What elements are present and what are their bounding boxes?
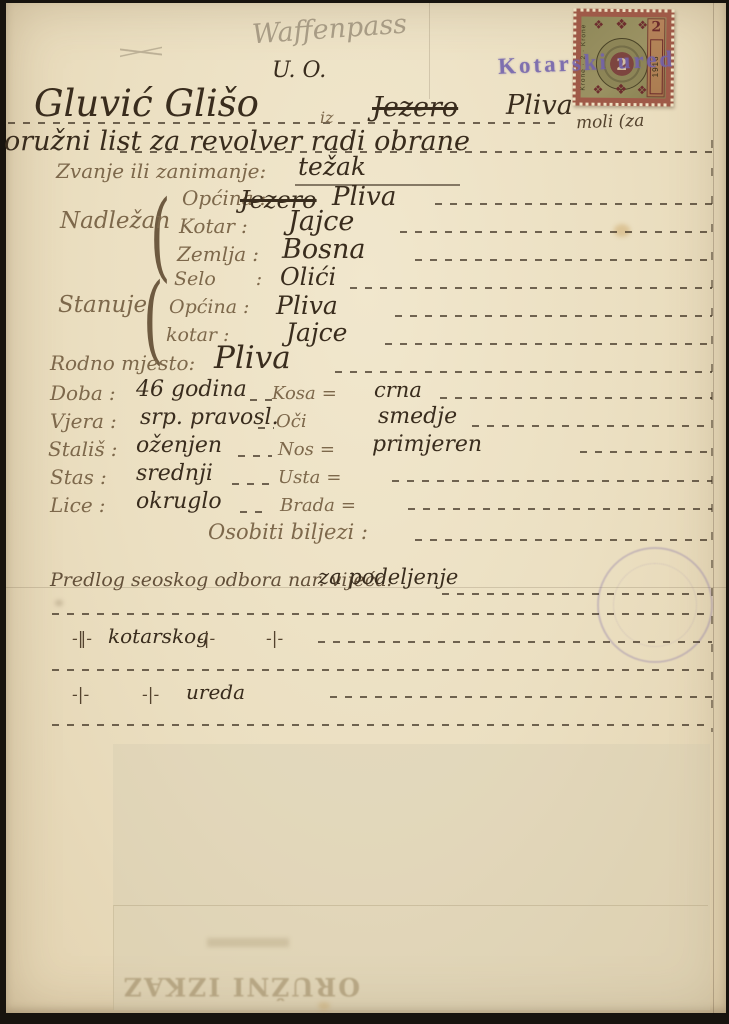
- rule-line: [442, 593, 712, 595]
- rule-line: [435, 203, 712, 205]
- rule-line: [415, 539, 712, 541]
- rule-line: [238, 455, 272, 457]
- field-value: Olići: [280, 263, 336, 291]
- stamp-ornament-icon: ❖: [637, 84, 648, 96]
- field-label: Lice:: [50, 493, 105, 517]
- ditto-mark: -|-: [198, 629, 215, 649]
- occupation-value: težak: [298, 152, 366, 181]
- stamp-ornament-icon: ❖: [593, 19, 604, 31]
- field-label: Stas:: [50, 465, 107, 489]
- rule-line: [335, 371, 712, 373]
- rule-line: [472, 425, 712, 427]
- field-value: Jajce: [288, 206, 354, 237]
- rule-line: [580, 451, 712, 453]
- field-label: Vjera:: [50, 409, 117, 433]
- field-label: Stališ:: [48, 437, 117, 461]
- paper-stain: [55, 600, 63, 606]
- ditto-mark: -|-: [72, 685, 89, 705]
- annotation-uo: U. O.: [272, 58, 326, 83]
- request-line: oružni list za revolver radi obrane: [4, 126, 470, 157]
- field-value: oženjen: [136, 433, 222, 458]
- preposition-iz: iz: [320, 108, 334, 127]
- rule-line: [350, 287, 712, 289]
- rule-line: [400, 231, 712, 233]
- rule-line: [330, 696, 712, 698]
- field-value: Jajce: [286, 318, 347, 347]
- field-label: Zemlja:: [177, 242, 259, 266]
- fold-crease-right: [713, 3, 714, 1013]
- field-label: Kosa=: [272, 383, 337, 404]
- rule-line: [395, 315, 712, 317]
- field-value: crna: [374, 378, 422, 402]
- field-value: primjeren: [372, 432, 482, 457]
- field-label: Usta=: [278, 467, 341, 488]
- rule-line: [415, 259, 712, 261]
- field-label: Doba:: [50, 381, 116, 405]
- field-label: Selo:: [174, 268, 262, 290]
- ditto-mark: -‖-: [72, 629, 92, 649]
- field-value: Pliva: [276, 291, 338, 320]
- rule-line: [52, 613, 712, 615]
- margin-tick-column: [711, 140, 713, 732]
- rule-line: [250, 399, 272, 401]
- round-office-stamp: [597, 547, 713, 663]
- ditto-mark: -|-: [266, 629, 283, 649]
- field-value: srednji: [136, 461, 213, 486]
- proposal-row2-word: kotarskog: [108, 624, 209, 648]
- occupation-label: Zvanje ili zanimanje:: [56, 159, 266, 183]
- proposal-row1-value: za podeljenje: [318, 565, 458, 589]
- birthplace-value: Pliva: [214, 340, 291, 376]
- place-name: Pliva: [506, 90, 573, 121]
- request-note: moli (za: [576, 111, 645, 133]
- rule-line: [408, 508, 712, 510]
- scanned-document: ORUŽNI IZKAZ Waffenpass Krone · 2 · Kron…: [0, 0, 729, 1024]
- field-label: Oči: [276, 411, 313, 432]
- fold-crease-top: [429, 3, 430, 99]
- applicant-name: Gluvić Glišo: [34, 82, 259, 125]
- bleedthrough-small-text: [207, 938, 289, 947]
- field-label: Nos=: [278, 439, 335, 460]
- field-value: okruglo: [136, 489, 222, 514]
- stamp-ornament-icon: ❖: [615, 18, 628, 32]
- place-crossed: Jezero: [372, 92, 458, 123]
- proposal-row3-word: ureda: [186, 680, 245, 704]
- stamp-ornament-icon: ❖: [593, 84, 604, 96]
- rule-line: [240, 511, 270, 513]
- field-value: smedje: [378, 404, 457, 429]
- field-label: Kotar:: [179, 214, 248, 238]
- group-label-stanuje: Stanuje: [58, 292, 147, 318]
- field-value: 46 godina: [136, 377, 247, 402]
- rule-line: [52, 724, 712, 726]
- bleedthrough-title: ORUŽNI IZKAZ: [150, 972, 360, 1001]
- ditto-mark: -|-: [142, 685, 159, 705]
- rule-line: [392, 480, 712, 482]
- birthplace-label: Rodno mjesto:: [50, 351, 195, 375]
- pencil-scribble: [120, 44, 162, 60]
- field-value: Bosna: [282, 234, 365, 265]
- stamp-ornament-icon: ❖: [637, 19, 648, 31]
- rule-line: [385, 343, 712, 345]
- special-marks-label: Osobiti biljezi :: [208, 520, 368, 544]
- stamp-corner-value: 2: [648, 19, 664, 35]
- rule-line: [232, 483, 270, 485]
- field-label: Općina:: [169, 296, 249, 318]
- rule-line: [52, 669, 712, 671]
- field-label: Brada=: [280, 495, 356, 516]
- rule-line: [440, 397, 712, 399]
- rule-line: [318, 641, 712, 643]
- group-label-nadlezan: Nadležan: [60, 208, 170, 234]
- field-value: srp. pravosl.: [140, 405, 279, 430]
- stamp-ornament-icon: ❖: [615, 83, 628, 97]
